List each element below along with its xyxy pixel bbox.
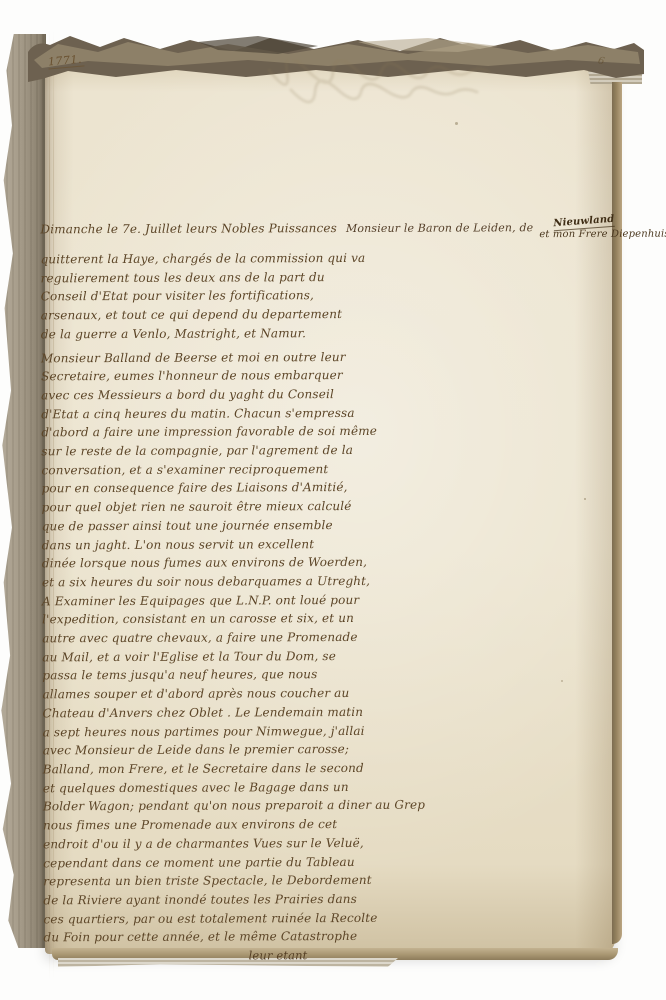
manuscript-opening-line: Dimanche le 7e. Juillet leurs Nobles Pui… [40,218,652,251]
manuscript-text: Dimanche le 7e. Juillet leurs Nobles Pui… [40,218,655,966]
catchword: leur etant [44,945,656,966]
ink-speck [455,122,458,125]
interlinear-insertion: Nieuwland et mon Frere Diepenhuisen [539,216,666,242]
paragraph-two: Monsieur Balland de Beerse et moi en out… [41,346,656,947]
book-photograph: 1771. 6 Dimanche le 7e. Juillet leurs No… [0,0,666,1000]
opening-line-right: Monsieur le Baron de Leiden, de [346,219,533,239]
ink-showthrough-verso [245,60,495,108]
paragraph-one: quitterent la Haye, chargés de la commis… [41,248,653,344]
book-spine [0,34,46,948]
opening-line-left: Dimanche le 7e. Juillet leurs Nobles Pui… [40,219,337,239]
manuscript-line: de la guerre a Venlo, Mastright, et Namu… [41,322,653,343]
